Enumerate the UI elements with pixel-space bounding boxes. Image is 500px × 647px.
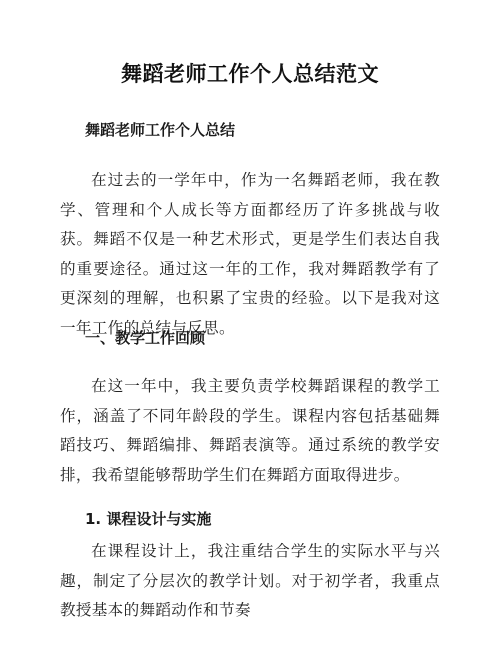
- subsection-heading-course-design: 1. 课程设计与实施: [85, 509, 211, 529]
- document-subtitle: 舞蹈老师工作个人总结: [85, 120, 235, 140]
- section-heading-teaching-review: 一、教学工作回顾: [85, 328, 205, 348]
- document-page: 舞蹈老师工作个人总结范文 舞蹈老师工作个人总结 在过去的一学年中，作为一名舞蹈老…: [0, 0, 500, 647]
- document-title: 舞蹈老师工作个人总结范文: [0, 60, 500, 88]
- intro-paragraph: 在过去的一学年中，作为一名舞蹈老师，我在教学、管理和个人成长等方面都经历了许多挑…: [60, 166, 440, 343]
- subsection-paragraph-course-design: 在课程设计上，我注重结合学生的实际水平与兴趣，制定了分层次的教学计划。对于初学者…: [60, 537, 440, 626]
- section-paragraph-teaching-review: 在这一年中，我主要负责学校舞蹈课程的教学工作，涵盖了不同年龄段的学生。课程内容包…: [60, 372, 440, 490]
